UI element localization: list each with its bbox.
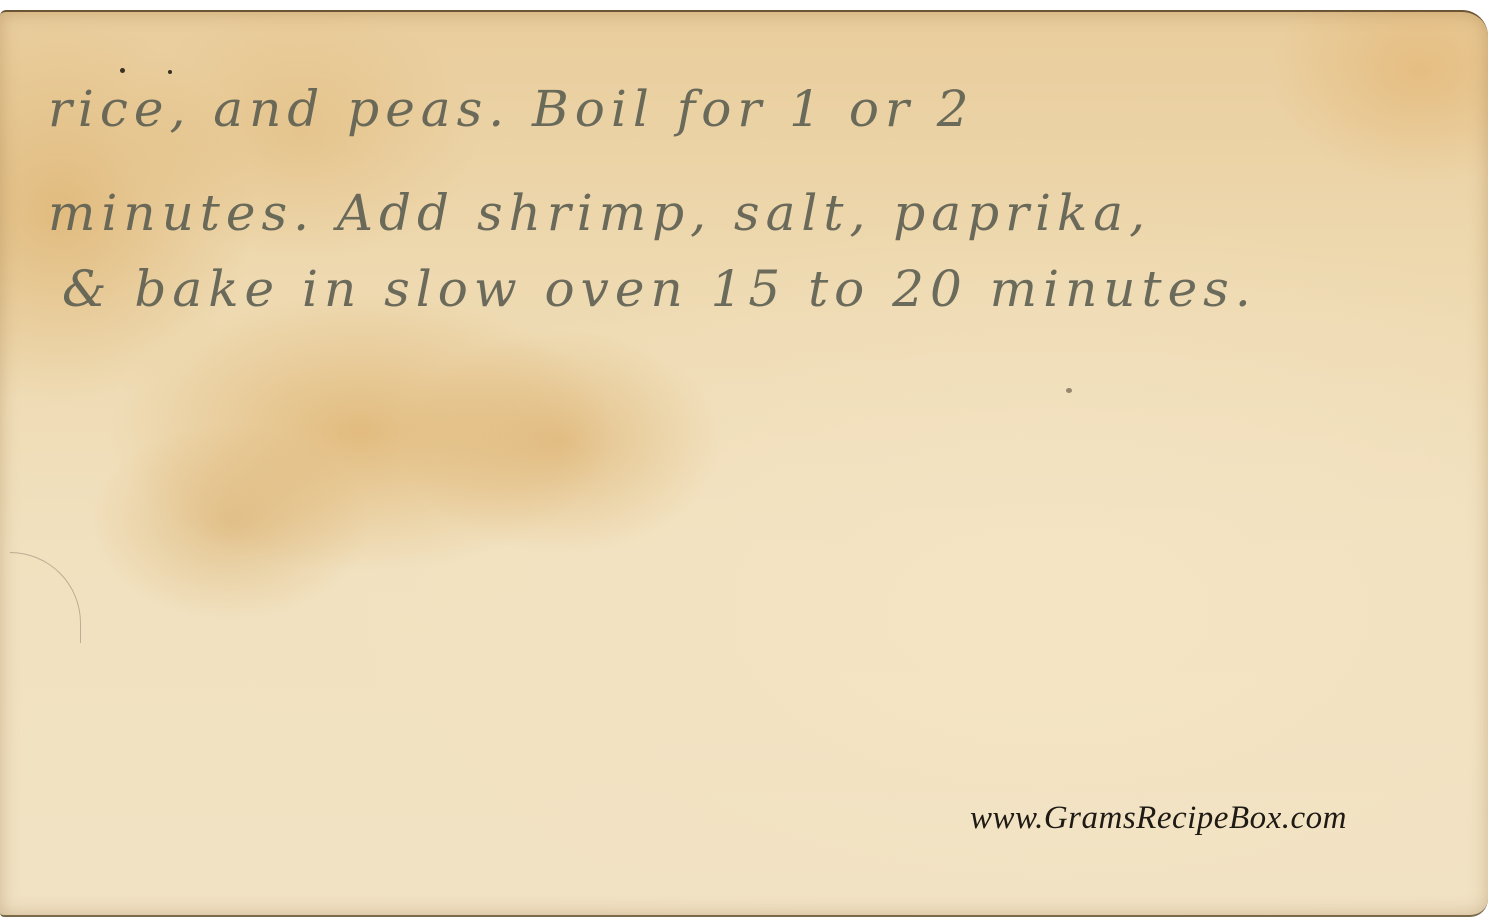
handwritten-line-3: & bake in slow oven 15 to 20 minutes. (62, 260, 1257, 318)
ink-speck (1066, 388, 1072, 393)
handwritten-line-1: rice, and peas. Boil for 1 or 2 (48, 80, 975, 138)
ink-speck (120, 68, 125, 73)
ink-speck (168, 70, 172, 74)
recipe-card: rice, and peas. Boil for 1 or 2 minutes.… (0, 10, 1488, 915)
website-watermark: www.GramsRecipeBox.com (970, 800, 1347, 837)
crease-mark (10, 552, 81, 643)
handwritten-line-2: minutes. Add shrimp, salt, paprika, (48, 184, 1151, 242)
